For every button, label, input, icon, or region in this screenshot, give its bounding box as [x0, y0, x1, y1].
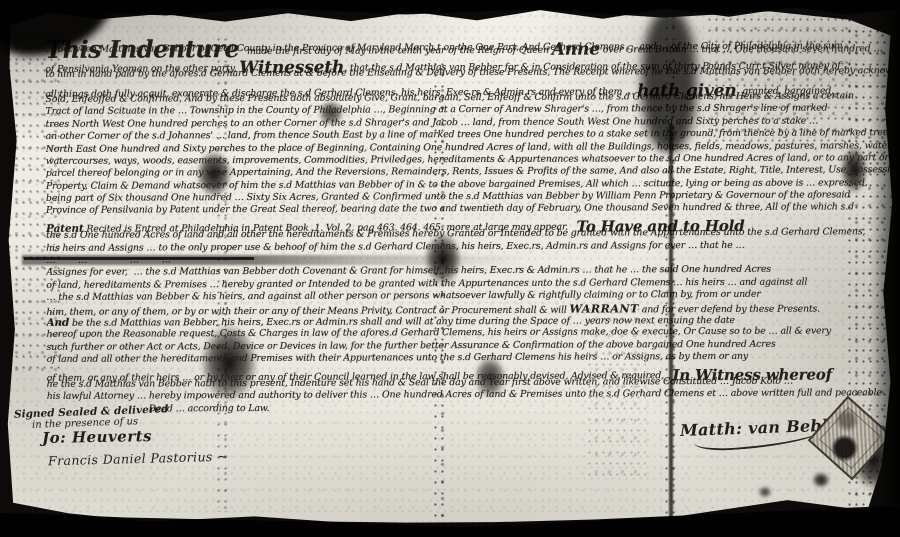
deed-body-text: This Indenture made the first day of May… — [45, 28, 893, 432]
ink-stain — [812, 472, 830, 488]
seal-impression — [819, 407, 881, 469]
photograph: This Indenture made the first day of May… — [0, 0, 900, 537]
witness-signature-2: Francis Daniel Pastorius ∼ — [48, 449, 228, 469]
ink-stain — [758, 486, 772, 498]
parchment-sheet: This Indenture made the first day of May… — [6, 4, 894, 529]
deed-text-line: Deed … according to Law. — [47, 400, 893, 416]
witness-signature-1: Jo: Heuverts — [42, 427, 152, 447]
